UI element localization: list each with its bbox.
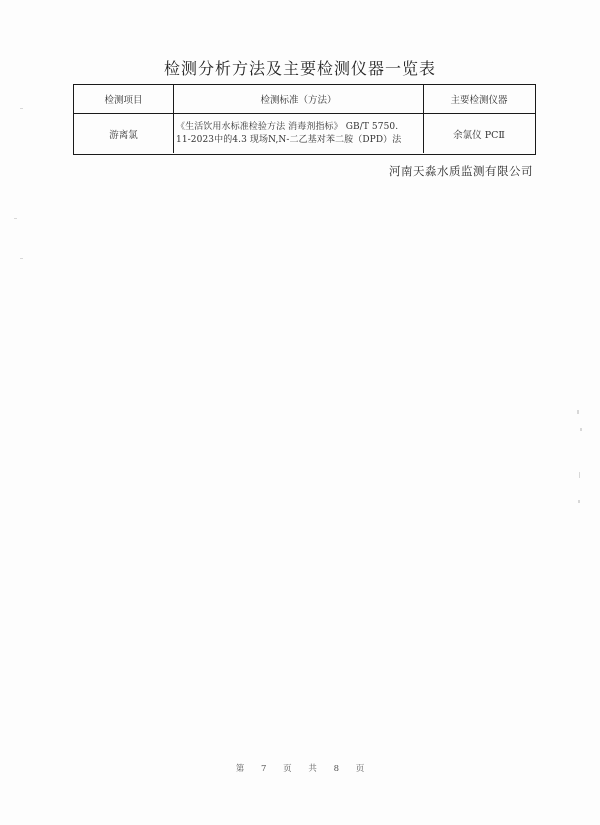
- page-suffix: 页: [283, 764, 292, 774]
- scan-artifact: [577, 410, 579, 414]
- document-title: 检测分析方法及主要检测仪器一览表: [0, 56, 600, 79]
- page-footer: 第 7 页 共 8 页: [0, 762, 600, 774]
- page-prefix: 第: [236, 764, 245, 774]
- current-page-number: 7: [261, 764, 266, 774]
- scan-artifact: [14, 218, 17, 219]
- total-pages-number: 8: [334, 764, 339, 774]
- document-page: 检测分析方法及主要检测仪器一览表 检测项目 检测标准（方法） 主要检测仪器 游离…: [0, 0, 600, 825]
- table-row: 游离氯 《生活饮用水标准检验方法 消毒剂指标》 GB/T 5750. 11-20…: [74, 114, 535, 153]
- header-instrument: 主要检测仪器: [424, 85, 534, 113]
- company-name: 河南天淼水质监测有限公司: [389, 163, 533, 179]
- cell-instrument: 余氯仪 PCⅡ: [424, 114, 534, 153]
- scan-artifact: [580, 428, 582, 431]
- total-suffix: 页: [356, 764, 365, 774]
- cell-item: 游离氯: [74, 114, 174, 153]
- method-line-2: 11-2023中的4.3 现场N,N-二乙基对苯二胺（DPD）法: [176, 134, 401, 147]
- scan-artifact: [579, 472, 580, 478]
- scan-artifact: [20, 258, 23, 259]
- cell-method: 《生活饮用水标准检验方法 消毒剂指标》 GB/T 5750. 11-2023中的…: [174, 114, 424, 153]
- scan-artifact: [578, 500, 580, 503]
- table-header-row: 检测项目 检测标准（方法） 主要检测仪器: [74, 85, 535, 114]
- header-item: 检测项目: [74, 85, 174, 113]
- header-method: 检测标准（方法）: [174, 85, 424, 113]
- total-prefix: 共: [308, 764, 317, 774]
- method-line-1: 《生活饮用水标准检验方法 消毒剂指标》 GB/T 5750.: [176, 121, 401, 134]
- methods-table: 检测项目 检测标准（方法） 主要检测仪器 游离氯 《生活饮用水标准检验方法 消毒…: [73, 84, 536, 155]
- scan-artifact: [20, 108, 23, 109]
